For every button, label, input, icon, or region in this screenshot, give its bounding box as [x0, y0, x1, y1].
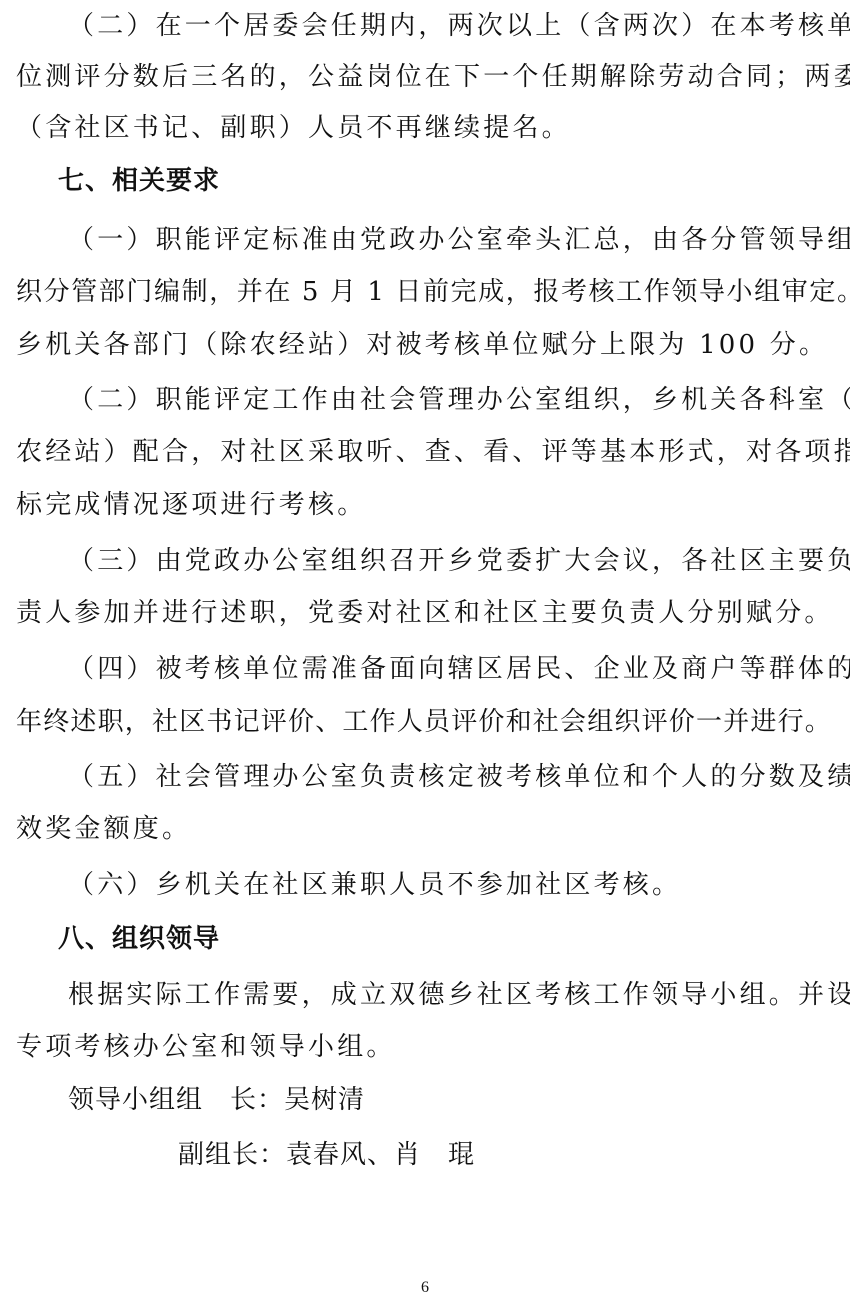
deputy-names: 袁春风、肖 琨	[286, 1140, 475, 1170]
leader-name: 吴树清	[284, 1085, 365, 1115]
paragraph-line: （一）职能评定标准由党政办公室牵头汇总，由各分管领导组	[68, 224, 850, 256]
paragraph-line: 根据实际工作需要，成立双德乡社区考核工作领导小组。并设	[68, 979, 850, 1011]
paragraph-line: （二）在一个居委会任期内，两次以上（含两次）在本考核单	[68, 10, 850, 42]
paragraph-line: （三）由党政办公室组织召开乡党委扩大会议，各社区主要负	[68, 545, 850, 577]
leader-line: 领导小组组 长：吴树清	[68, 1084, 850, 1116]
paragraph-line: （六）乡机关在社区兼职人员不参加社区考核。	[68, 869, 850, 901]
paragraph-line: 责人参加并进行述职，党委对社区和社区主要负责人分别赋分。	[16, 597, 836, 629]
deputy-label: 副组长：	[178, 1140, 286, 1170]
paragraph-line: 标完成情况逐项进行考核。	[16, 489, 836, 521]
paragraph-line: 效奖金额度。	[16, 813, 836, 845]
paragraph-line: （五）社会管理办公室负责核定被考核单位和个人的分数及绩	[68, 761, 850, 793]
paragraph-line: （含社区书记、副职）人员不再继续提名。	[16, 112, 836, 144]
paragraph-line: 年终述职，社区书记评价、工作人员评价和社会组织评价一并进行。	[16, 706, 836, 738]
paragraph-line: 专项考核办公室和领导小组。	[16, 1031, 836, 1063]
paragraph-line: 织分管部门编制，并在 5 月 1 日前完成，报考核工作领导小组审定。	[16, 276, 836, 308]
paragraph-line: （四）被考核单位需准备面向辖区居民、企业及商户等群体的	[68, 653, 850, 685]
leader-label: 领导小组组 长：	[68, 1085, 284, 1115]
section-heading-requirements: 七、相关要求	[58, 165, 850, 197]
paragraph-line: 位测评分数后三名的，公益岗位在下一个任期解除劳动合同；两委	[16, 61, 836, 93]
page-number: 6	[0, 1279, 850, 1297]
paragraph-line: 农经站）配合，对社区采取听、查、看、评等基本形式，对各项指	[16, 436, 836, 468]
paragraph-line: 乡机关各部门（除农经站）对被考核单位赋分上限为 100 分。	[16, 329, 836, 361]
paragraph-line: （二）职能评定工作由社会管理办公室组织，乡机关各科室（除	[68, 384, 850, 416]
section-heading-leadership: 八、组织领导	[58, 923, 850, 955]
deputy-line: 副组长：袁春风、肖 琨	[178, 1139, 850, 1171]
